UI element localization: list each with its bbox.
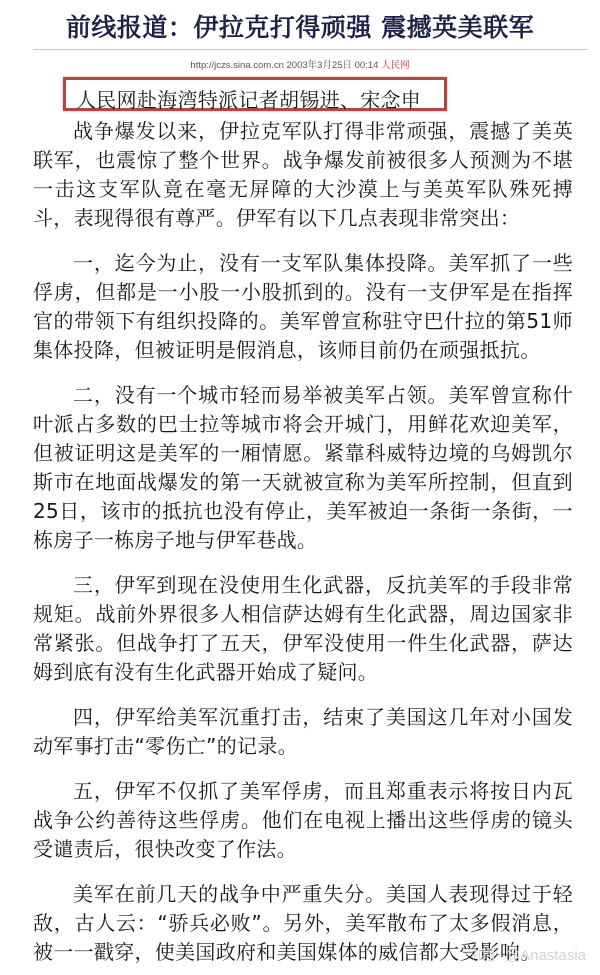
article-headline: 前线报道：伊拉克打得顽强 震撼英美联军 xyxy=(0,8,600,44)
paragraph-point-1: 一，迄今为止，没有一支军队集体投降。美军抓了一些俘虏，但都是一小股一小股抓到的。… xyxy=(33,249,573,365)
article-body: 战争爆发以来，伊拉克军队打得非常顽强，震撼了美英联军，也震惊了整个世界。战争爆发… xyxy=(33,117,573,975)
meta-date: 2003年3月25日 00:14 xyxy=(287,60,379,71)
headline-divider xyxy=(33,49,588,50)
meta-source: 人民网 xyxy=(381,60,410,71)
byline: 人民网赴海湾特派记者胡锡进、宋念申 xyxy=(76,84,421,113)
paragraph-point-5: 五，伊军不仅抓了美军俘虏，而且郑重表示将按日内瓦战争公约善待这些俘虏。他们在电视… xyxy=(33,777,573,864)
paragraph-point-2: 二，没有一个城市轻而易举被美军占领。美军曾宣称什叶派占多数的巴士拉等城市将会开城… xyxy=(33,381,573,555)
article-meta: http://jczs.sina.com.cn 2003年3月25日 00:14… xyxy=(0,57,600,71)
watermark: 知乎 @Anastasia xyxy=(471,944,586,965)
meta-url: http://jczs.sina.com.cn xyxy=(190,60,283,71)
paragraph-point-4: 四，伊军给美军沉重打击，结束了美国这几年对小国发动军事打击“零伤亡”的记录。 xyxy=(33,703,573,761)
paragraph-intro: 战争爆发以来，伊拉克军队打得非常顽强，震撼了美英联军，也震惊了整个世界。战争爆发… xyxy=(33,117,573,233)
paragraph-point-3: 三，伊军到现在没使用生化武器，反抗美军的手段非常规矩。战前外界很多人相信萨达姆有… xyxy=(33,571,573,687)
